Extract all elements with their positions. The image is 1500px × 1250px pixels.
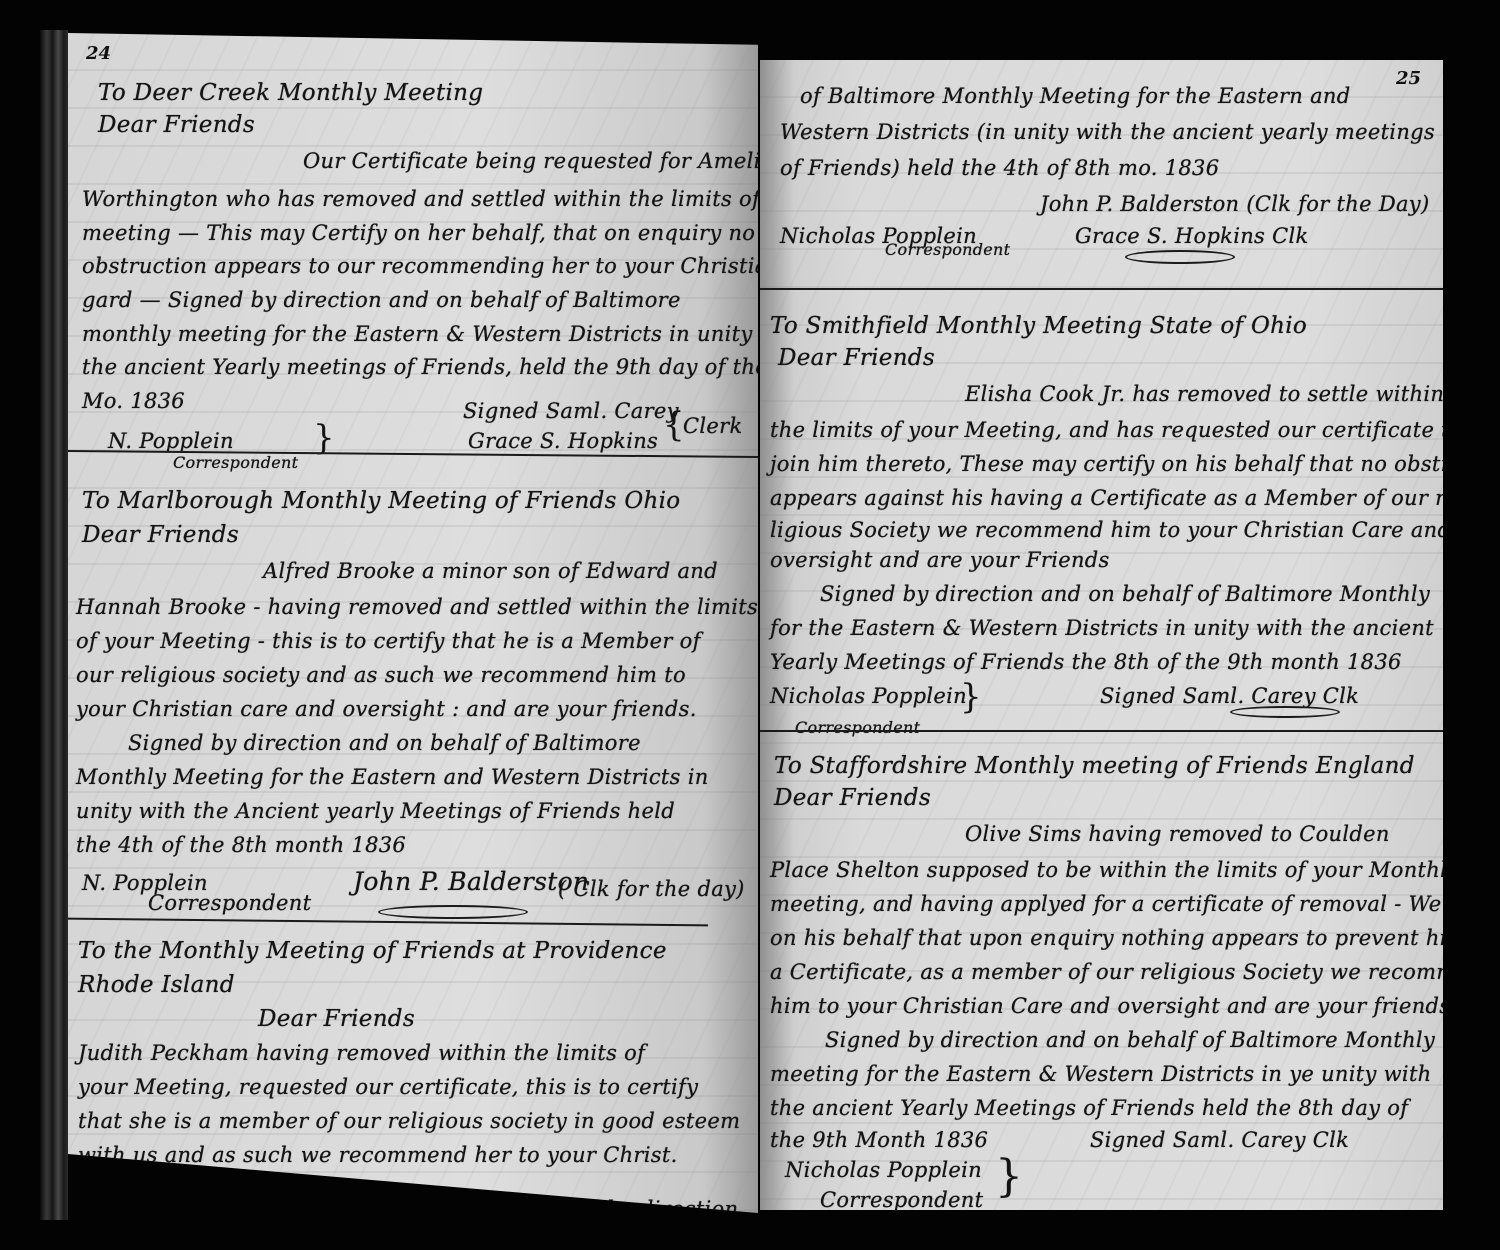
entry-body-line: Hannah Brooke - having removed and settl… [76, 589, 758, 626]
continuation-line: Western Districts (in unity with the anc… [780, 114, 1435, 151]
brace-glyph: } [960, 680, 982, 714]
entry-body-line: on his behalf that upon enquiry nothing … [770, 920, 1443, 957]
signature-flourish [1230, 706, 1340, 718]
entry-body-line: meeting — This may Certify on her behalf… [82, 215, 755, 252]
page-number: 24 [86, 43, 111, 64]
correspondent-label: Correspondent [885, 240, 1010, 260]
entry-body-line: Our Certificate being requested for Amel… [303, 143, 758, 180]
entry-body-line: ian care and notice [78, 1171, 288, 1208]
entry-body-line: the 4th of the 8th month 1836 [76, 827, 406, 864]
entry-salutation: Dear Friends [774, 780, 931, 817]
entry-body-line: a Certificate, as a member of our religi… [770, 954, 1443, 991]
entry-body-line: Olive Sims having removed to Coulden [965, 816, 1390, 853]
continuation-line: of Friends) held the 4th of 8th mo. 1836 [780, 150, 1219, 187]
left-page: 24 To Deer Creek Monthly Meeting Dear Fr… [68, 33, 758, 1213]
entry-body-line: unity with the Ancient yearly Meetings o… [76, 793, 675, 830]
entry-body-line: obstruction appears to our recommending … [82, 248, 758, 285]
entry-address-2: Rhode Island [78, 967, 235, 1004]
book-binding [40, 30, 68, 1220]
entry-salutation: Dear Friends [778, 340, 935, 377]
entry-body-line: Signed by direction and on behalf of Bal… [825, 1022, 1435, 1059]
entry-salutation: Dear Friends [258, 1001, 415, 1038]
right-page: 25 of Baltimore Monthly Meeting for the … [760, 60, 1443, 1210]
entry-body-line: Elisha Cook Jr. has removed to settle wi… [965, 376, 1443, 413]
entry-address: To the Monthly Meeting of Friends at Pro… [78, 933, 667, 970]
entry-body-line: Alfred Brooke a minor son of Edward and [263, 553, 718, 590]
book-spread: 24 To Deer Creek Monthly Meeting Dear Fr… [0, 0, 1500, 1250]
entry-body-line: the limits of your Meeting, and has requ… [770, 412, 1443, 449]
signature-flourish [1125, 250, 1235, 264]
entry-body-line: him to your Christian Care and oversight… [770, 988, 1443, 1025]
entry-body-line: monthly meeting for the Eastern & Wester… [82, 316, 758, 353]
signature-flourish [378, 905, 528, 919]
correspondent-label: Correspondent [173, 453, 298, 473]
entry-address: To Marlborough Monthly Meeting of Friend… [82, 483, 680, 520]
correspondent-label: Correspondent [795, 718, 920, 738]
entry-body-line: Place Shelton supposed to be within the … [770, 852, 1443, 889]
entry-body-line: Judith Peckham having removed within the… [78, 1035, 645, 1072]
correspondent-label: Correspondent [820, 1182, 983, 1210]
entry-body-line: join him thereto, These may certify on h… [770, 446, 1443, 483]
entry-body-line: of your Meeting - this is to certify tha… [76, 623, 701, 660]
brace-glyph: } [313, 421, 335, 455]
signed-line: Signed Saml. Carey Clk [1090, 1122, 1349, 1159]
entry-body-line: the ancient Yearly meetings of Friends, … [82, 349, 758, 386]
entry-body-line: your Christian care and oversight : and … [76, 691, 697, 728]
entry-body-line: for the Eastern & Western Districts in u… [770, 610, 1434, 647]
entry-divider [760, 730, 1443, 732]
entry-divider [68, 918, 708, 927]
entry-body-line: meeting, and having applyed for a certif… [770, 886, 1443, 923]
entry-body-line: oversight and are your Friends [770, 542, 1110, 579]
entry-divider [760, 288, 1443, 290]
entry-body-line: with us and as such we recommend her to … [78, 1137, 678, 1174]
entry-salutation: Dear Friends [82, 517, 239, 554]
clerk-label: Clerk [683, 408, 742, 445]
continuation-line: of Baltimore Monthly Meeting for the Eas… [800, 78, 1350, 115]
correspondent-name: Nicholas Popplein [770, 678, 967, 715]
signature-note: ( Clk for the day) [558, 871, 745, 908]
entry-body-line: gard — Signed by direction and on behalf… [82, 282, 681, 319]
brace-glyph: } [995, 1160, 1023, 1194]
entry-body-line: Monthly Meeting for the Eastern and West… [76, 759, 709, 796]
entry-body-line: Mo. 1836 [82, 383, 185, 420]
entry-body-line: Worthington who has removed and settled … [82, 181, 758, 218]
entry-body-line: Signed by direction and on behalf of Bal… [128, 725, 641, 762]
brace-glyph: { [663, 408, 685, 442]
entry-body-line: meeting for the Eastern & Western Distri… [770, 1056, 1432, 1093]
entry-body-line: our religious society and as such we rec… [76, 657, 686, 694]
signature: John P. Balderston [353, 863, 589, 900]
page-number: 25 [1396, 68, 1421, 89]
correspondent-label: Correspondent [148, 885, 311, 922]
entry-body-line: Yearly Meetings of Friends the 8th of th… [770, 644, 1402, 681]
entry-body-line: that she is a member of our religious so… [78, 1103, 740, 1140]
entry-body-line: Signed by direction and on behalf of Bal… [820, 576, 1430, 613]
entry-body-line: your Meeting, requested our certificate,… [78, 1069, 698, 1106]
entry-salutation: Dear Friends [98, 107, 255, 144]
entry-closing: Signed on behalf and by direction [368, 1191, 738, 1213]
